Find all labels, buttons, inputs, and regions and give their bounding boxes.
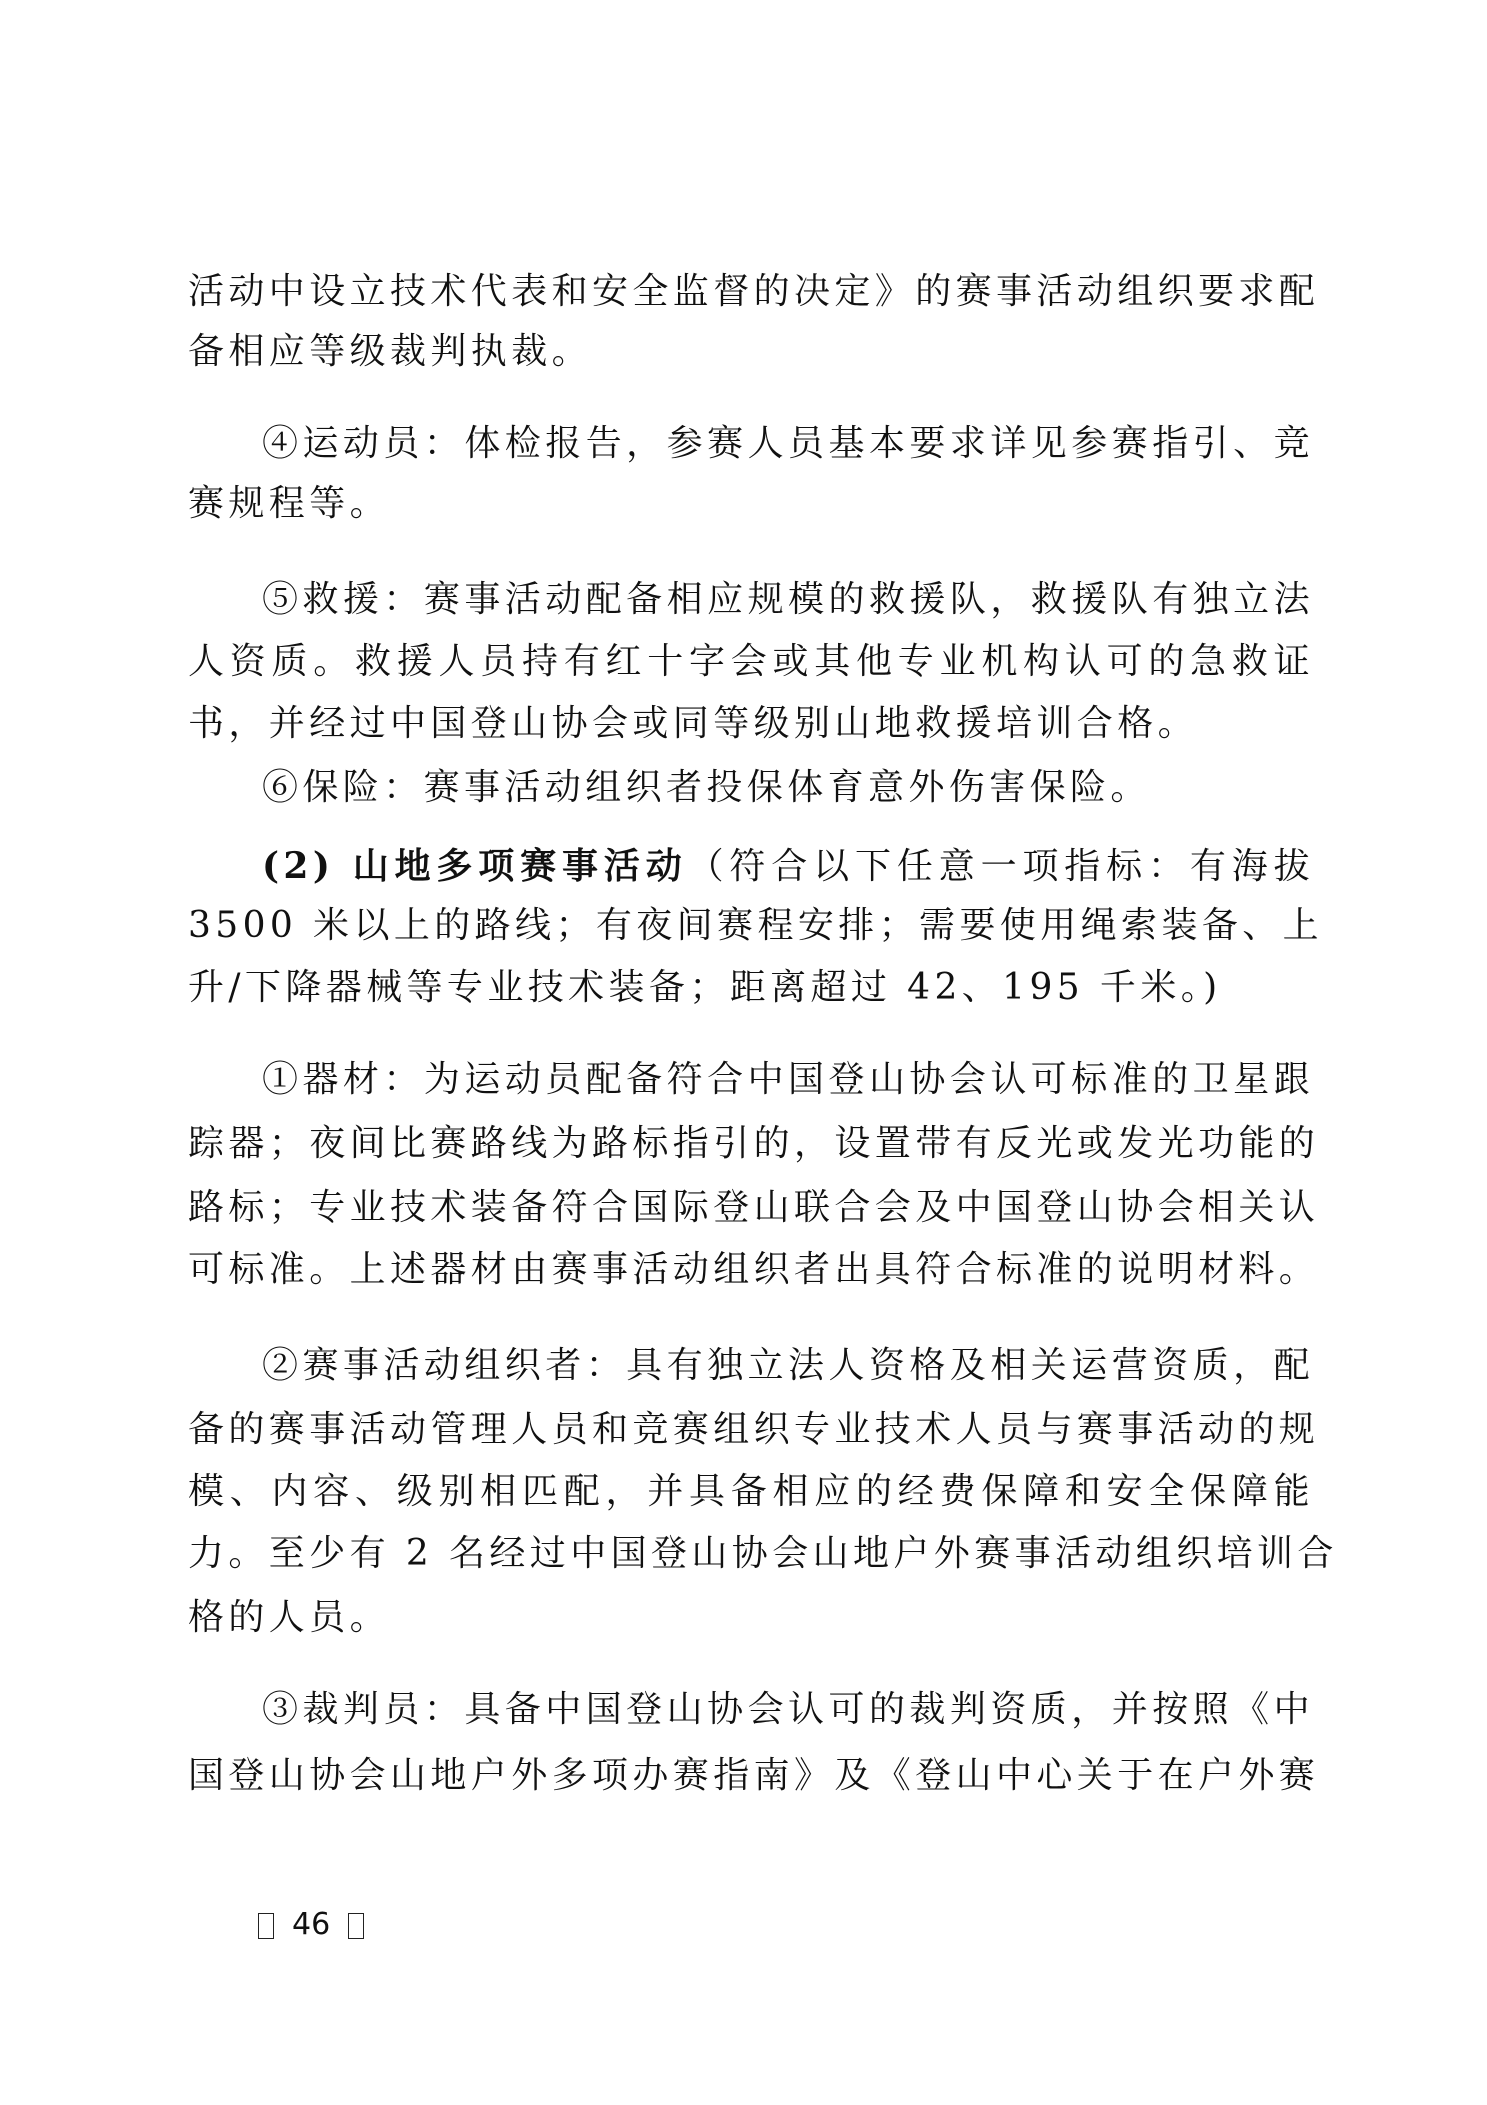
page-number-value: 46 xyxy=(292,1907,330,1942)
text-line: 备相应等级裁判执裁。 xyxy=(188,322,1314,382)
document-page: 活动中设立技术代表和安全监督的决定》的赛事活动组织要求配 备相应等级裁判执裁。 … xyxy=(0,0,1487,2105)
section-heading-bold: (2) 山地多项赛事活动 xyxy=(262,845,688,887)
text-line: 活动中设立技术代表和安全监督的决定》的赛事活动组织要求配 xyxy=(188,262,1314,322)
text-line: 赛规程等。 xyxy=(188,474,1314,534)
text-line: 踪器；夜间比赛路线为路标指引的，设置带有反光或发光功能的 xyxy=(188,1114,1314,1174)
paragraph-equipment: ①器材：为运动员配备符合中国登山协会认可标准的卫星跟 xyxy=(262,1050,1314,1110)
text-line: 格的人员。 xyxy=(188,1588,1314,1648)
text-line: 模、内容、级别相匹配，并具备相应的经费保障和安全保障能 xyxy=(188,1462,1314,1522)
text-line: 路标；专业技术装备符合国际登山联合会及中国登山协会相关认 xyxy=(188,1178,1314,1238)
page-number-right-box-icon xyxy=(348,1913,364,1939)
paragraph-organizer: ②赛事活动组织者：具有独立法人资格及相关运营资质，配 xyxy=(262,1336,1314,1396)
text-line: 书，并经过中国登山协会或同等级别山地救援培训合格。 xyxy=(188,694,1314,754)
paragraph-rescue: ⑤救援：赛事活动配备相应规模的救援队，救援队有独立法 xyxy=(262,570,1314,630)
text-line: 升/下降器械等专业技术装备；距离超过 42、195 千米。) xyxy=(188,958,1314,1018)
text-line: 力。至少有 2 名经过中国登山协会山地户外赛事活动组织培训合 xyxy=(188,1524,1314,1584)
paragraph-referees: ③裁判员：具备中国登山协会认可的裁判资质，并按照《中 xyxy=(262,1680,1314,1740)
text-line: 可标准。上述器材由赛事活动组织者出具符合标准的说明材料。 xyxy=(188,1240,1314,1300)
text-line: 备的赛事活动管理人员和竞赛组织专业技术人员与赛事活动的规 xyxy=(188,1400,1314,1460)
text-line: 国登山协会山地户外多项办赛指南》及《登山中心关于在户外赛 xyxy=(188,1746,1314,1806)
paragraph-athletes: ④运动员：体检报告，参赛人员基本要求详见参赛指引、竞 xyxy=(262,414,1314,474)
page-number-left-box-icon xyxy=(258,1913,274,1939)
text-line: 人资质。救援人员持有红十字会或其他专业机构认可的急救证 xyxy=(188,632,1314,692)
paragraph-insurance: ⑥保险：赛事活动组织者投保体育意外伤害保险。 xyxy=(262,758,1314,818)
text-line: 3500 米以上的路线；有夜间赛程安排；需要使用绳索装备、上 xyxy=(188,896,1314,956)
page-number: 46 xyxy=(240,1905,382,1945)
section-heading-mountain-multisport: (2) 山地多项赛事活动（符合以下任意一项指标：有海拔 xyxy=(262,836,1314,896)
section-heading-criteria: （符合以下任意一项指标：有海拔 xyxy=(688,846,1314,887)
